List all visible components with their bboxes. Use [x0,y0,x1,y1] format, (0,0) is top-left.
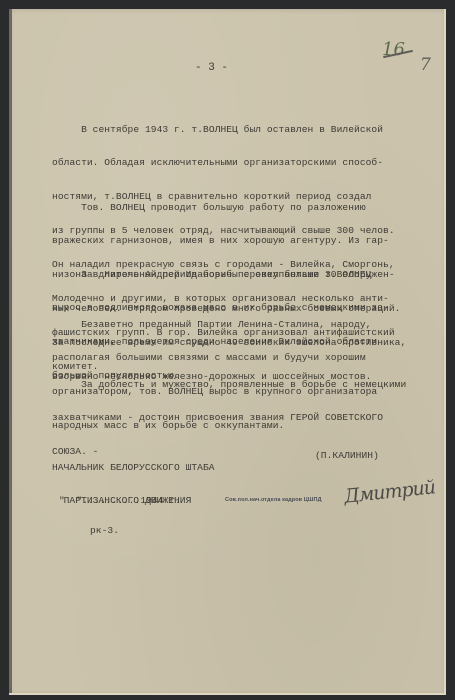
signatory-name: (П.КАЛИНИН) [315,450,379,461]
page-edge-right [444,9,446,695]
signatory-title: НАЧАЛЬНИК БЕЛОРУССКОГО ШТАБА ПАРТИЗАНСКО… [52,439,215,529]
stamp-text: Сов.пол.нач.отдела кадров ЦШПД [225,497,322,503]
text-line: Безаветно преданный Партии Ленина-Сталин… [23,319,377,330]
text-line: За доблесть и мужество, проявленные в бо… [23,379,406,390]
date-line: " "..........1944 г. [59,495,181,506]
text-line: За длительный период борьбы с оккупантам… [23,269,389,280]
signatory-title-line-1: НАЧАЛЬНИК БЕЛОРУССКОГО ШТАБА [52,462,215,473]
document-page: 16 7 - 3 - В сентябре 1943 г. т.ВОЛНЕЦ б… [9,9,446,695]
reference-code: рк-3. [90,525,119,536]
page-edge-bottom [9,693,446,695]
text-line: В сентябре 1943 г. т.ВОЛНЕЦ был оставлен… [23,124,395,135]
binding-edge [9,9,12,695]
archive-folio-new: 7 [420,55,431,75]
text-line: Тов. ВОЛНЕЦ проводит большую работу по р… [23,202,406,213]
text-line: захватчиками - достоин присвоения звания… [23,412,406,423]
handwritten-signature: Дмитрий [343,476,436,507]
text-line: области. Обладая исключительными организ… [23,157,395,168]
page-number: - 3 - [195,62,228,74]
